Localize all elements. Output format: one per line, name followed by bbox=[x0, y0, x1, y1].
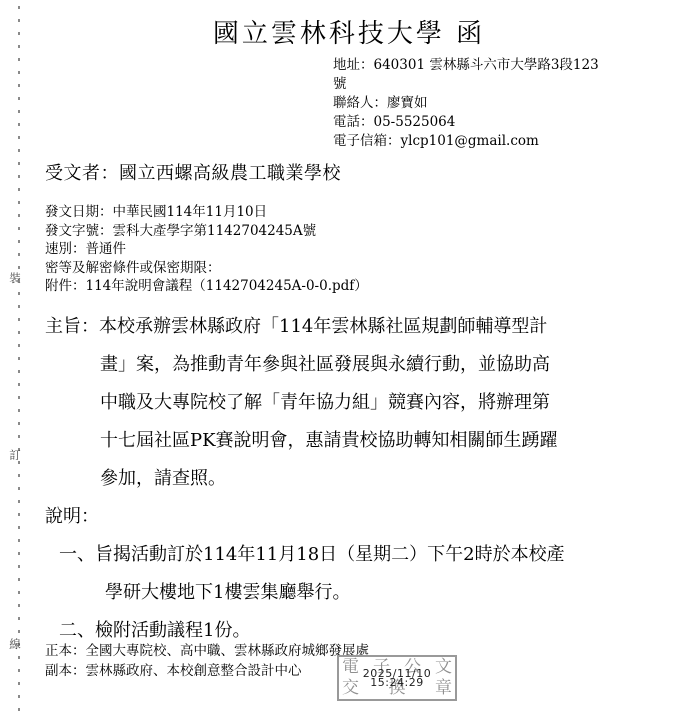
binding-dotted-line bbox=[18, 6, 20, 711]
item2-text: 檢附活動議程1份。 bbox=[95, 620, 250, 641]
document-title: 國立雲林科技大學 函 bbox=[0, 13, 698, 50]
subject-line-1: 主旨：本校承辦雲林縣政府「114年雲林縣社區規劃師輔導型計 bbox=[45, 308, 670, 346]
issue-date-line: 發文日期：中華民國114年11月10日 bbox=[45, 203, 368, 222]
item1-text: 旨揭活動訂於114年11月18日（星期二）下午2時於本校產 bbox=[95, 544, 565, 565]
sender-contact-block: 地址：640301 雲林縣斗六市大學路3段123 號 聯絡人：廖寶如 電話：05… bbox=[333, 56, 673, 151]
item1-label: 一、 bbox=[59, 544, 95, 565]
sender-email: 電子信箱：ylcp101@gmail.com bbox=[333, 132, 673, 151]
footer-recipients: 正本：全國大專院校、高中職、雲林縣政府城鄉發展處 副本：雲林縣政府、本校創意整合… bbox=[45, 642, 369, 681]
subject-line-5: 參加，請查照。 bbox=[100, 460, 670, 498]
description-item1-line1: 一、旨揭活動訂於114年11月18日（星期二）下午2時於本校產 bbox=[59, 536, 670, 574]
sender-contact-person: 聯絡人：廖寶如 bbox=[333, 94, 673, 113]
stamp-timestamp: 2025/11/10 15:24:29 bbox=[339, 657, 455, 699]
attachment-line: 附件：114年說明會議程（1142704245A-0-0.pdf） bbox=[45, 277, 368, 296]
document-meta-block: 發文日期：中華民國114年11月10日 發文字號：雲科大產學字第11427042… bbox=[45, 203, 368, 296]
subject-line-4: 十七屆社區PK賽說明會，惠請貴校協助轉知相關師生踴躍 bbox=[100, 422, 670, 460]
item2-label: 二、 bbox=[59, 620, 95, 641]
sender-address-line1: 地址：640301 雲林縣斗六市大學路3段123 bbox=[333, 56, 673, 75]
security-class-line: 密等及解密條件或保密期限： bbox=[45, 259, 368, 278]
sender-phone: 電話：05-5525064 bbox=[333, 113, 673, 132]
subject-line-2: 畫」案，為推動青年參與社區發展與永續行動，並協助高 bbox=[100, 346, 670, 384]
reference-number-line: 發文字號：雲科大產學字第1142704245A號 bbox=[45, 222, 368, 241]
document-body: 主旨：本校承辦雲林縣政府「114年雲林縣社區規劃師輔導型計 畫」案，為推動青年參… bbox=[45, 308, 670, 650]
description-item1-line2: 學研大樓地下1樓雲集廳舉行。 bbox=[105, 574, 670, 612]
binding-mark-xian: 線 bbox=[8, 638, 22, 651]
description-label: 說明： bbox=[45, 498, 670, 536]
official-letter-page: 裝 訂 線 國立雲林科技大學 函 地址：640301 雲林縣斗六市大學路3段12… bbox=[0, 0, 698, 715]
subject-label: 主旨： bbox=[45, 316, 99, 337]
subject-line-3: 中職及大專院校了解「青年協力組」競賽內容，將辦理第 bbox=[100, 384, 670, 422]
stamp-time: 15:24:29 bbox=[370, 678, 423, 688]
speed-class-line: 速別：普通件 bbox=[45, 240, 368, 259]
binding-mark-ding: 訂 bbox=[8, 449, 22, 462]
recipient-line: 受文者：國立西螺高級農工職業學校 bbox=[45, 159, 341, 185]
binding-mark-zhuang: 裝 bbox=[8, 272, 22, 285]
sender-address-line2: 號 bbox=[333, 75, 673, 94]
carbon-copy-line: 副本：雲林縣政府、本校創意整合設計中心 bbox=[45, 662, 369, 682]
electronic-exchange-stamp: 電 子 公 文 交 換 章 2025/11/10 15:24:29 bbox=[337, 655, 457, 701]
subject-text-1: 本校承辦雲林縣政府「114年雲林縣社區規劃師輔導型計 bbox=[99, 316, 547, 337]
original-copy-line: 正本：全國大專院校、高中職、雲林縣政府城鄉發展處 bbox=[45, 642, 369, 662]
